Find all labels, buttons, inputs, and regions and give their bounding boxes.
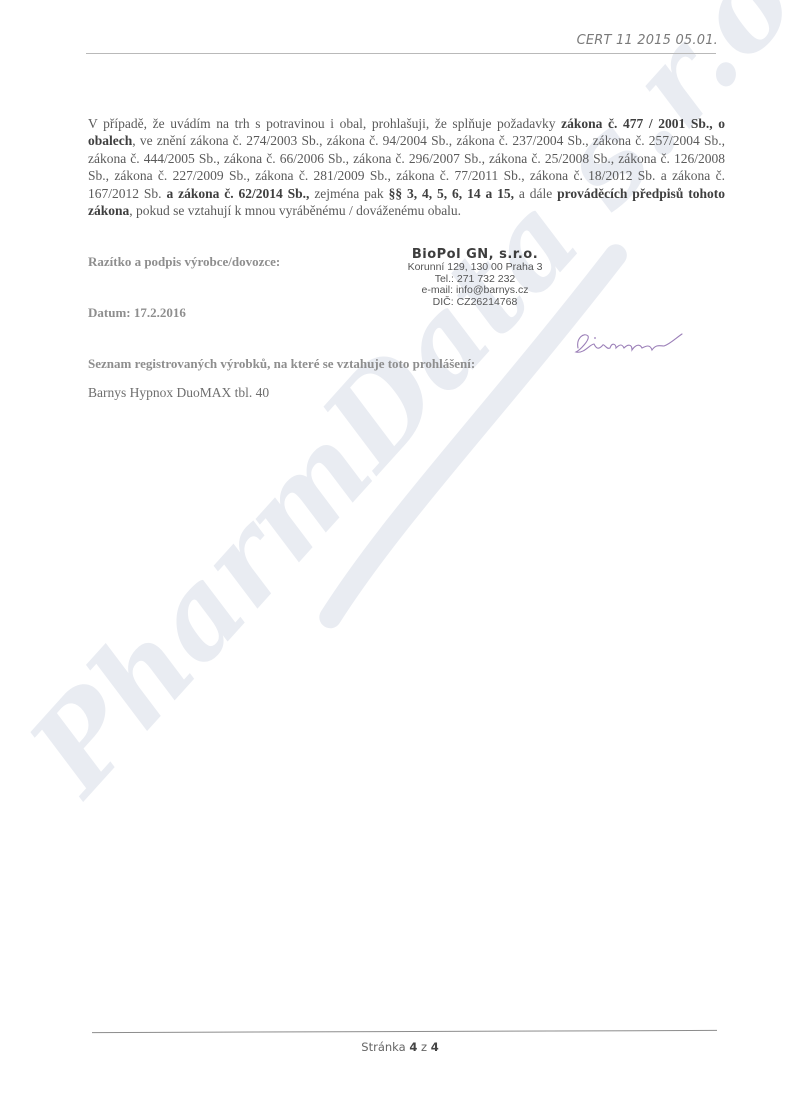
footer-divider <box>92 1030 717 1033</box>
declaration-text: , pokud se vztahují k mnou vyráběnému / … <box>129 203 461 218</box>
stamp-label: Razítko a podpis výrobce/dovozce: <box>88 254 280 270</box>
handwritten-signature <box>570 322 710 362</box>
stamp-tax-id: DIČ: CZ26214768 <box>385 297 565 309</box>
product-item: Barnys Hypnox DuoMAX tbl. 40 <box>88 385 269 401</box>
page-separator: z <box>421 1040 427 1054</box>
declaration-paragraph: V případě, že uvádím na trh s potravinou… <box>88 115 725 219</box>
declaration-emphasis: §§ 3, 4, 5, 6, 14 a 15, <box>389 186 514 201</box>
stamp-email: e-mail: info@barnys.cz <box>385 285 565 297</box>
declaration-section: V případě, že uvádím na trh s potravinou… <box>88 115 725 219</box>
declaration-text: V případě, že uvádím na trh s potravinou… <box>88 116 561 131</box>
declaration-text: zejména pak <box>309 186 388 201</box>
products-heading: Seznam registrovaných výrobků, na které … <box>88 356 475 372</box>
page-current: 4 <box>409 1040 417 1054</box>
document-code: CERT 11 2015 05.01. <box>577 33 718 48</box>
page-prefix: Stránka <box>361 1040 405 1054</box>
page-number: Stránka 4 z 4 <box>0 1040 800 1054</box>
stamp-company-name: BioPol GN, s.r.o. <box>385 247 565 262</box>
stamp-address: Korunní 129, 130 00 Praha 3 <box>385 262 565 274</box>
product-list: Barnys Hypnox DuoMAX tbl. 40 <box>88 385 269 401</box>
date-label: Datum: 17.2.2016 <box>88 305 186 321</box>
header-divider <box>86 53 716 54</box>
declaration-text: a dále <box>514 186 557 201</box>
page-total: 4 <box>431 1040 439 1054</box>
declaration-emphasis: a zákona č. 62/2014 Sb., <box>166 186 309 201</box>
company-stamp: BioPol GN, s.r.o. Korunní 129, 130 00 Pr… <box>385 247 565 308</box>
